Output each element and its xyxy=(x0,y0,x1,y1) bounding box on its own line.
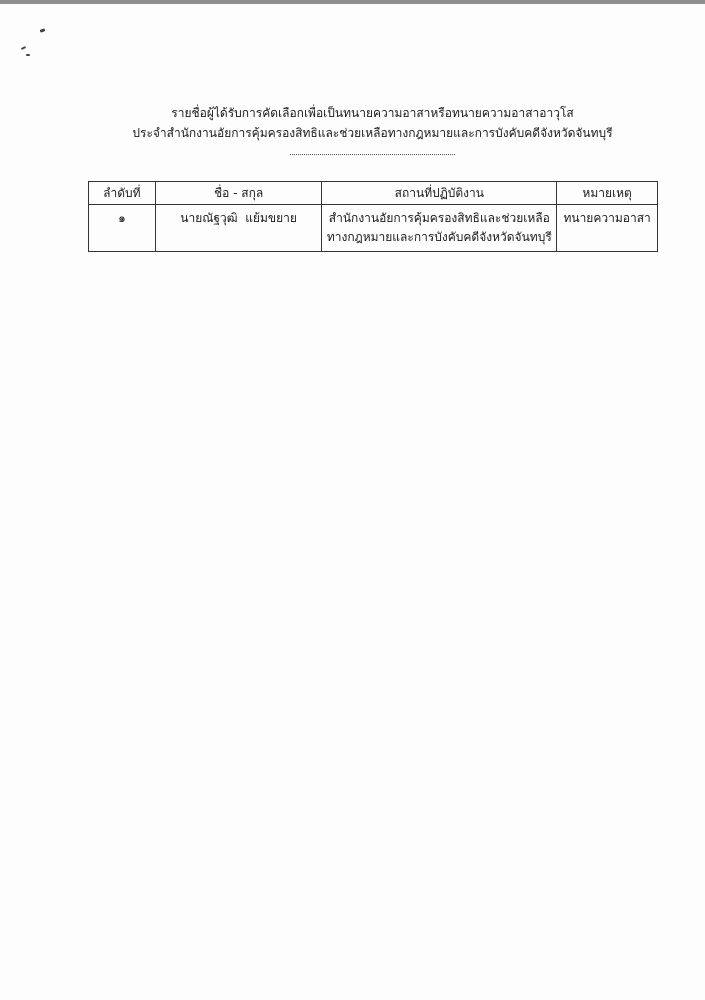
document-title-line1: รายชื่อผู้ได้รับการคัดเลือกเพื่อเป็นทนาย… xyxy=(20,104,705,123)
dotted-separator xyxy=(290,152,455,155)
scan-top-edge xyxy=(0,0,705,4)
scan-mark xyxy=(21,46,26,50)
selection-table: ลำดับที่ ชื่อ - สกุล สถานที่ปฏิบัติงาน ห… xyxy=(88,181,658,252)
workplace-line2: ทางกฎหมายและการบังคับคดีจังหวัดจันทบุรี xyxy=(322,228,556,247)
table-header-row: ลำดับที่ ชื่อ - สกุล สถานที่ปฏิบัติงาน ห… xyxy=(89,182,658,205)
scan-mark xyxy=(26,54,30,56)
header-name: ชื่อ - สกุล xyxy=(155,182,322,205)
table-row: ๑ นายณัฐวุฒิ แย้มขยาย สำนักงานอัยการคุ้ม… xyxy=(89,205,658,252)
workplace-line1: สำนักงานอัยการคุ้มครองสิทธิและช่วยเหลือ xyxy=(322,209,556,228)
document-title-line2: ประจำสำนักงานอัยการคุ้มครองสิทธิและช่วยเ… xyxy=(20,124,705,143)
cell-order: ๑ xyxy=(89,205,156,252)
header-order: ลำดับที่ xyxy=(89,182,156,205)
cell-workplace: สำนักงานอัยการคุ้มครองสิทธิและช่วยเหลือ … xyxy=(322,205,557,252)
header-remark: หมายเหตุ xyxy=(557,182,658,205)
cell-remark: ทนายความอาสา xyxy=(557,205,658,252)
cell-name: นายณัฐวุฒิ แย้มขยาย xyxy=(155,205,322,252)
header-workplace: สถานที่ปฏิบัติงาน xyxy=(322,182,557,205)
scan-mark xyxy=(40,28,46,33)
